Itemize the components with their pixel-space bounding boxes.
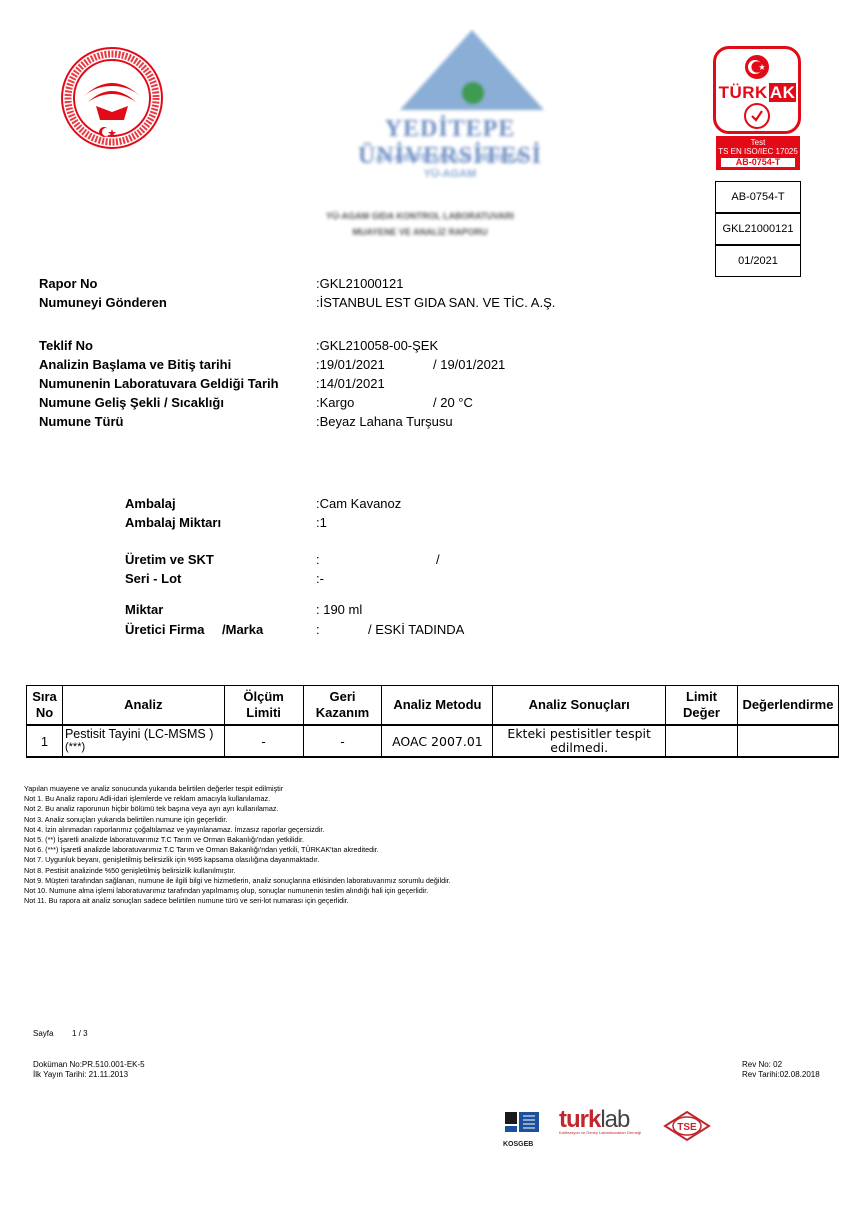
turkak-accreditation-band: Test TS EN ISO/IEC 17025 AB-0754-T [716,136,800,170]
kosgeb-logo: KOSGEB [503,1110,543,1146]
note-item: Not 3. Analiz sonuçları yukarıda belirti… [24,815,451,825]
analiz-line2: (***) [65,741,222,754]
marka-label: /Marka [222,622,263,637]
gonderen-label: Numuneyi Gönderen [39,295,167,310]
miktar-value: : 190 ml [316,602,362,618]
uretim-skt-label: Üretim ve SKT [125,552,214,567]
globe-icon [462,82,484,104]
note-item: Not 5. (**) İşaretli analizde laboratuva… [24,835,451,845]
note-item: Not 7. Uygunluk beyanı, genişletilmiş be… [24,855,451,865]
table-header-row: SıraNo Analiz ÖlçümLimiti GeriKazanım An… [27,686,839,726]
uretici-value: : [316,622,320,638]
rapor-no-row: Rapor No [39,276,98,292]
rapor-no-value: :GKL21000121 [316,276,403,292]
note-item: Yapılan muayene ve analiz sonucunda yuka… [24,784,451,794]
sonuc-line1: Ekteki pestisitler tespit [495,727,663,741]
cell-analiz: Pestisit Tayini (LC-MSMS ) (***) [62,725,224,757]
results-table: SıraNo Analiz ÖlçümLimiti GeriKazanım An… [26,685,839,758]
checkmark-icon [744,103,770,129]
col-limit-deger: LimitDeğer [666,686,738,726]
crescent-star-icon [744,54,770,80]
report-title: YÜ-AGAM GIDA KONTROL LABORATUVARI MUAYEN… [240,208,600,240]
geldigi-tarih-value: :14/01/2021 [316,376,385,392]
revision-date: Rev Tarihi:02.08.2018 [742,1070,820,1080]
marka-value: / ESKİ TADINDA [368,622,464,638]
numune-turu-label: Numune Türü [39,414,124,429]
col-sira-no: SıraNo [27,686,63,726]
first-publish-date: İlk Yayın Tarihi: 21.11.2013 [33,1070,128,1080]
col-geri-kazanim: GeriKazanım [303,686,382,726]
page-label: Sayfa [33,1029,53,1039]
svg-text:TSE: TSE [677,1122,697,1133]
gelis-sekli-value: :Kargo [316,395,354,411]
note-item: Not 9. Müşteri tarafından sağlanan, numu… [24,876,451,886]
seri-lot-label: Seri - Lot [125,571,181,586]
cell-olcum: - [224,725,303,757]
ambalaj-miktari-label: Ambalaj Miktarı [125,515,221,530]
seri-lot-value: :- [316,571,324,587]
col-analiz-sonuclari: Analiz Sonuçları [493,686,666,726]
partner-logos: KOSGEB turklab Kalibrasyon ve Deney Labo… [503,1106,713,1150]
turkak-name: TÜRKAK [716,83,798,103]
note-item: Not 10. Numune alma işlemi laboratuvarım… [24,886,451,896]
cell-metot: AOAC 2007.01 [382,725,493,757]
ministry-emblem-logo [60,46,164,150]
kosgeb-icon [503,1110,543,1136]
analiz-tarih-label: Analizin Başlama ve Bitiş tarihi [39,357,231,372]
miktar-label: Miktar [125,602,163,617]
report-no-box: GKL21000121 [715,213,801,245]
col-degerlendirme: Değerlendirme [737,686,838,726]
uretim-value: : [316,552,320,568]
document-number: Doküman No:PR.510.001-EK-5 [33,1060,145,1070]
band-standard: TS EN ISO/IEC 17025 [716,147,800,156]
sonuc-line2: edilmedi. [495,741,663,755]
analiz-baslama-value: :19/01/2021 [316,357,385,373]
note-item: Not 4. İzin alınmadan raporlarımız çoğal… [24,825,451,835]
gelis-sekli-label: Numune Geliş Şekli / Sıcaklığı [39,395,224,410]
kosgeb-text: KOSGEB [503,1141,543,1148]
note-item: Not 2. Bu analiz raporunun hiçbir bölümü… [24,804,451,814]
note-item: Not 11. Bu rapora ait analiz sonuçları s… [24,896,451,906]
page-number: 1 / 3 [72,1029,88,1039]
university-subtitle: AR-GE VE ANALİZ MERKEZİ [300,152,600,164]
teklif-no-label: Teklif No [39,338,93,353]
numune-turu-value: :Beyaz Lahana Turşusu [316,414,453,430]
report-type: MUAYENE VE ANALİZ RAPORU [240,224,600,240]
university-unit: YÜ-AGAM [300,168,600,180]
uretici-label: Üretici Firma [125,622,204,637]
cell-sonuc: Ekteki pestisitler tespit edilmedi. [493,725,666,757]
ambalaj-value: :Cam Kavanoz [316,496,401,512]
analiz-line1: Pestisit Tayini (LC-MSMS ) [65,728,222,741]
ambalaj-label: Ambalaj [125,496,176,511]
skt-value: / [436,552,440,568]
notes-list: Yapılan muayene ve analiz sonucunda yuka… [24,784,451,906]
cell-degerlendirme [737,725,838,757]
col-analiz: Analiz [62,686,224,726]
cell-limit [666,725,738,757]
revision-date-box: 01/2021 [715,245,801,277]
col-analiz-metodu: Analiz Metodu [382,686,493,726]
band-code: AB-0754-T [720,157,796,168]
note-item: Not 6. (***) İşaretli analizde laboratuv… [24,845,451,855]
analiz-bitis-value: / 19/01/2021 [433,357,505,373]
accreditation-no-box: AB-0754-T [715,181,801,213]
col-olcum-limiti: ÖlçümLimiti [224,686,303,726]
table-row: 1 Pestisit Tayini (LC-MSMS ) (***) - - A… [27,725,839,757]
turklab-logo: turklab Kalibrasyon ve Deney Laboratuvar… [559,1106,641,1135]
lab-name: YÜ-AGAM GIDA KONTROL LABORATUVARI [240,208,600,224]
revision-number: Rev No: 02 [742,1060,782,1070]
note-item: Not 1. Bu Analiz raporu Adli-idari işlem… [24,794,451,804]
band-test: Test [716,138,800,147]
gonderen-value: :İSTANBUL EST GIDA SAN. VE TİC. A.Ş. [316,295,555,311]
ambalaj-miktari-value: :1 [316,515,327,531]
geldigi-tarih-label: Numunenin Laboratuvara Geldiği Tarih [39,376,279,391]
cell-sira: 1 [27,725,63,757]
university-logo: YEDİTEPE ÜNİVERSİTESİ AR-GE VE ANALİZ ME… [300,30,600,200]
teklif-no-value: :GKL210058-00-ŞEK [316,338,438,354]
tse-logo: TSE [663,1110,711,1142]
sicaklik-value: / 20 °C [433,395,473,411]
rapor-no-label: Rapor No [39,276,98,291]
turkak-logo: TÜRKAK [713,46,801,134]
note-item: Not 8. Pestisit analizinde %50 genişleti… [24,866,451,876]
cell-geri: - [303,725,382,757]
